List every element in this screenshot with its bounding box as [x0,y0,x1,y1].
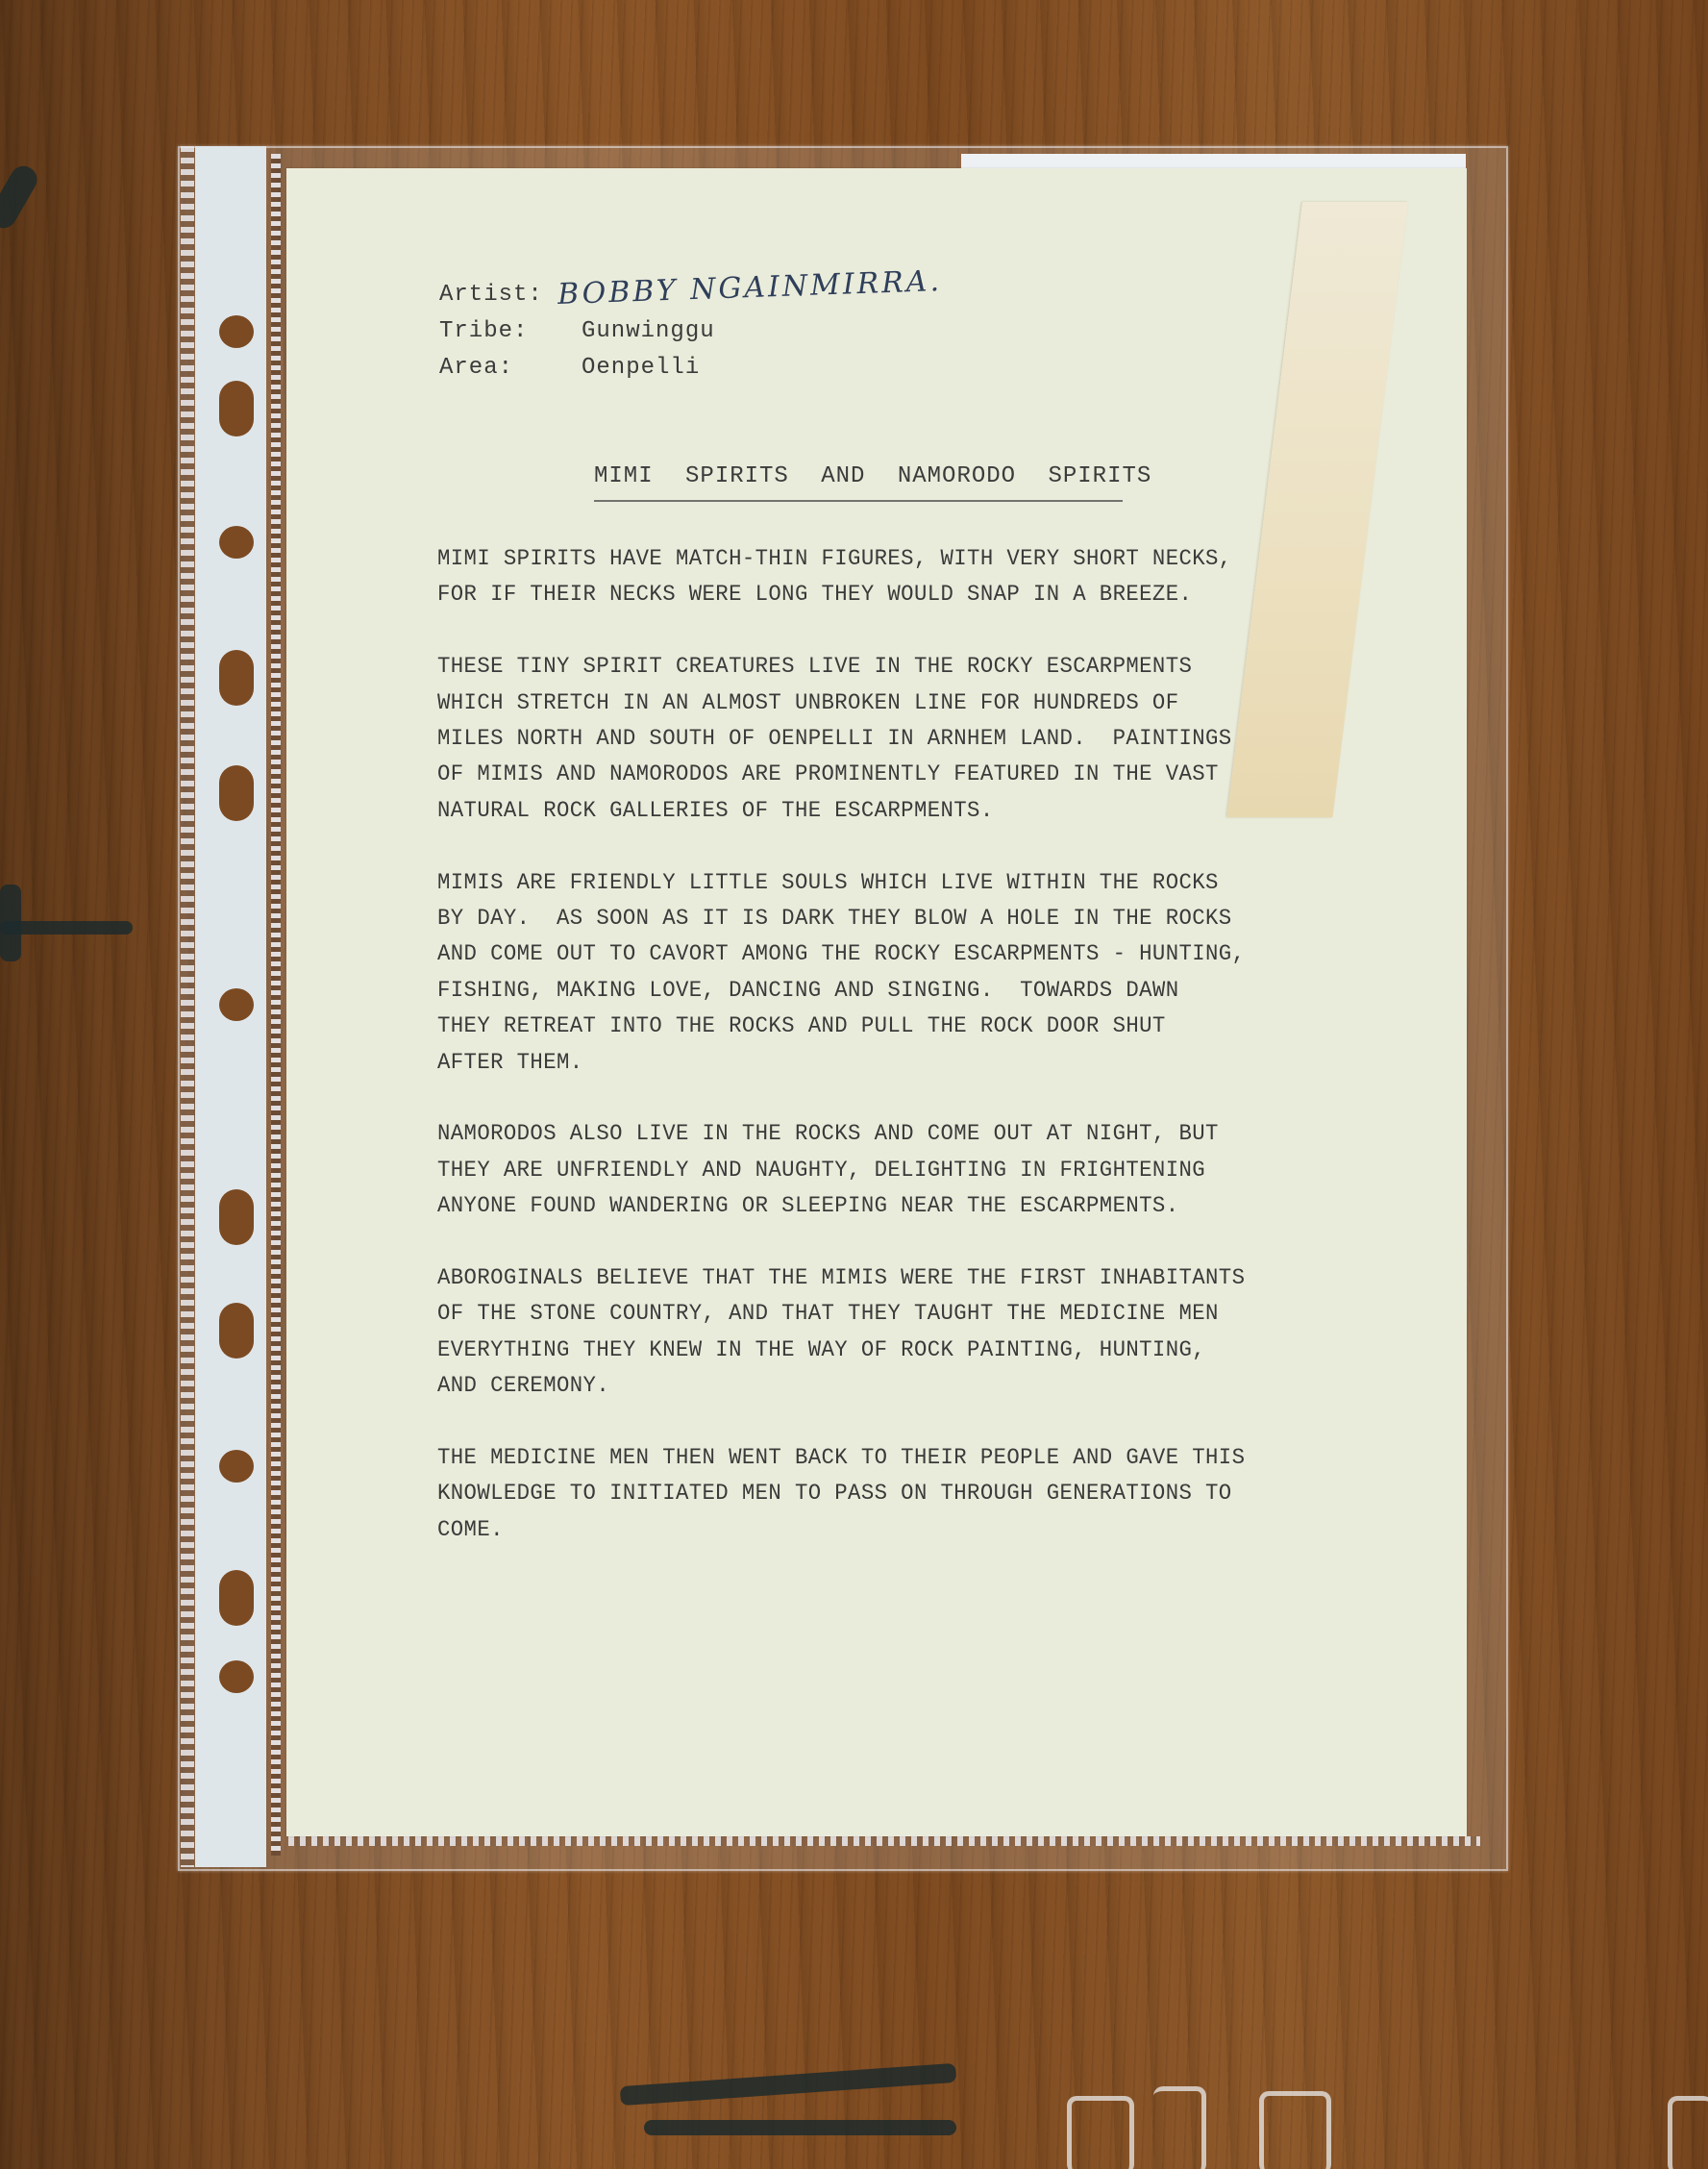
wood-marker-stroke [620,2063,957,2106]
text-line: AND CEREMONY. [437,1373,609,1398]
sleeve-perforation [271,154,281,1856]
tribe-label: Tribe: [439,320,528,343]
text-line: THEY RETREAT INTO THE ROCKS AND PULL THE… [437,1013,1166,1038]
artist-label: Artist: [439,284,543,307]
binder-hole [219,650,254,706]
chalk-marking [1259,2091,1331,2169]
text-line: ANYONE FOUND WANDERING OR SLEEPING NEAR … [437,1193,1178,1218]
text-line: THE MEDICINE MEN THEN WENT BACK TO THEIR… [437,1445,1245,1470]
text-line: NAMORODOS ALSO LIVE IN THE ROCKS AND COM… [437,1121,1219,1146]
text-line: MIMIS ARE FRIENDLY LITTLE SOULS WHICH LI… [437,870,1219,895]
binder-hole [219,315,254,348]
text-line: MIMI SPIRITS HAVE MATCH-THIN FIGURES, WI… [437,546,1232,571]
wood-marker-stroke [0,162,42,234]
text-line: THEY ARE UNFRIENDLY AND NAUGHTY, DELIGHT… [437,1158,1205,1183]
tribe-value: Gunwinggu [582,320,715,343]
wood-marker-stroke [0,921,133,935]
chalk-marking [1153,2086,1206,2169]
text-line: THESE TINY SPIRIT CREATURES LIVE IN THE … [437,654,1192,679]
wood-marker-stroke [644,2120,956,2135]
text-line: AND COME OUT TO CAVORT AMONG THE ROCKY E… [437,941,1245,966]
title-underline [594,500,1123,502]
binder-hole [219,1660,254,1693]
text-line: KNOWLEDGE TO INITIATED MEN TO PASS ON TH… [437,1481,1232,1506]
text-line: ABOROGINALS BELIEVE THAT THE MIMIS WERE … [437,1265,1245,1290]
text-line: OF MIMIS AND NAMORODOS ARE PROMINENTLY F… [437,761,1219,786]
binder-hole [219,381,254,436]
text-line: FISHING, MAKING LOVE, DANCING AND SINGIN… [437,978,1178,1003]
binder-hole [219,1450,254,1483]
area-label: Area: [439,357,513,380]
text-line: MILES NORTH AND SOUTH OF OENPELLI IN ARN… [437,726,1232,751]
chalk-marking [1668,2096,1708,2169]
chalk-marking [1067,2096,1134,2169]
area-value: Oenpelli [582,357,700,380]
binder-hole [219,765,254,821]
text-line: BY DAY. AS SOON AS IT IS DARK THEY BLOW … [437,906,1232,931]
text-line: FOR IF THEIR NECKS WERE LONG THEY WOULD … [437,582,1192,607]
text-line: WHICH STRETCH IN AN ALMOST UNBROKEN LINE… [437,690,1178,715]
binder-hole [219,1303,254,1359]
document-title: MIMI SPIRITS AND NAMORODO SPIRITS [594,463,1151,489]
binder-hole [219,1570,254,1626]
text-line: EVERYTHING THEY KNEW IN THE WAY OF ROCK … [437,1337,1205,1362]
sleeve-perforation [181,146,194,1867]
text-line: AFTER THEM. [437,1050,583,1075]
text-line: COME. [437,1517,504,1542]
text-line: NATURAL ROCK GALLERIES OF THE ESCARPMENT… [437,798,994,823]
binder-hole [219,988,254,1021]
text-line: OF THE STONE COUNTRY, AND THAT THEY TAUG… [437,1301,1219,1326]
binder-hole [219,1189,254,1245]
sleeve-perforation [288,1836,1480,1846]
binder-hole [219,526,254,559]
